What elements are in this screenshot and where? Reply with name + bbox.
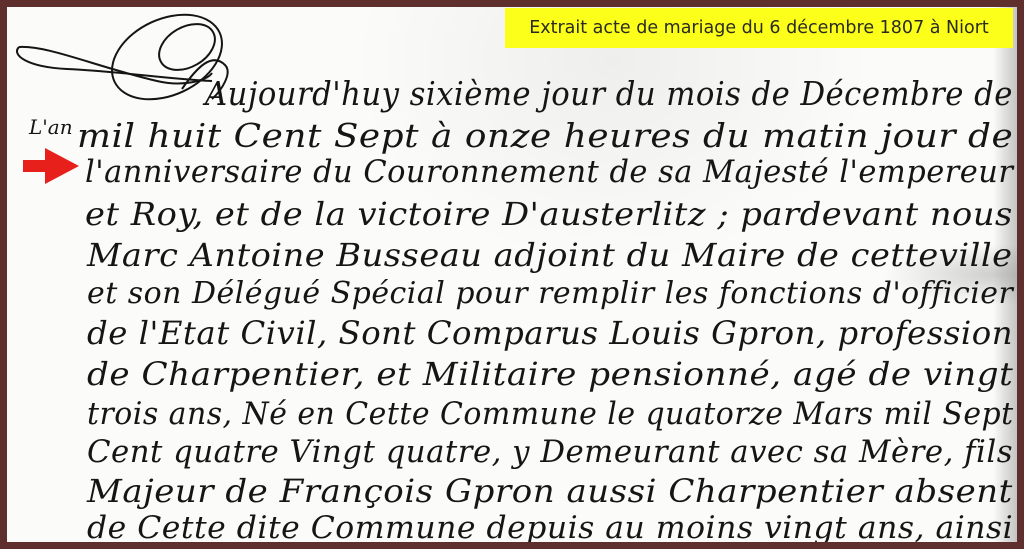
document-line-6: et son Délégué Spécial pour remplir les … [87,279,1013,309]
document-line-7: de l'Etat Civil, Sont Comparus Louis Gpr… [87,317,1013,349]
document-line-8: de Charpentier, et Militaire pensionné, … [87,358,1013,390]
document-line-12: de Cette dite Commune depuis au moins vi… [87,513,1013,542]
red-arrow-right-icon [23,148,87,184]
document-line-1: Aujourd'huy sixième jour du mois de Déce… [205,77,1013,110]
document-line-5: Marc Antoine Busseau adjoint du Maire de… [87,239,1013,271]
document-line-10: Cent quatre Vingt quatre, y Demeurant av… [87,437,1013,468]
document-line-11: Majeur de François Gpron aussi Charpenti… [87,475,1013,507]
margin-note: L'an [29,115,73,139]
document-line-3: l'anniversaire du Couronnement de sa Maj… [85,157,1013,188]
caption-box: Extrait acte de mariage du 6 décembre 18… [505,8,1013,48]
document-line-9: trois ans, Né en Cette Commune le quator… [87,399,1014,430]
document-frame: L'an Aujourd'huy sixième jour du mois de… [7,7,1017,542]
document-line-4: et Roy, et de la victoire D'austerlitz ;… [85,198,1013,230]
document-line-2: mil huit Cent Sept à onze heures du mati… [77,119,1013,152]
